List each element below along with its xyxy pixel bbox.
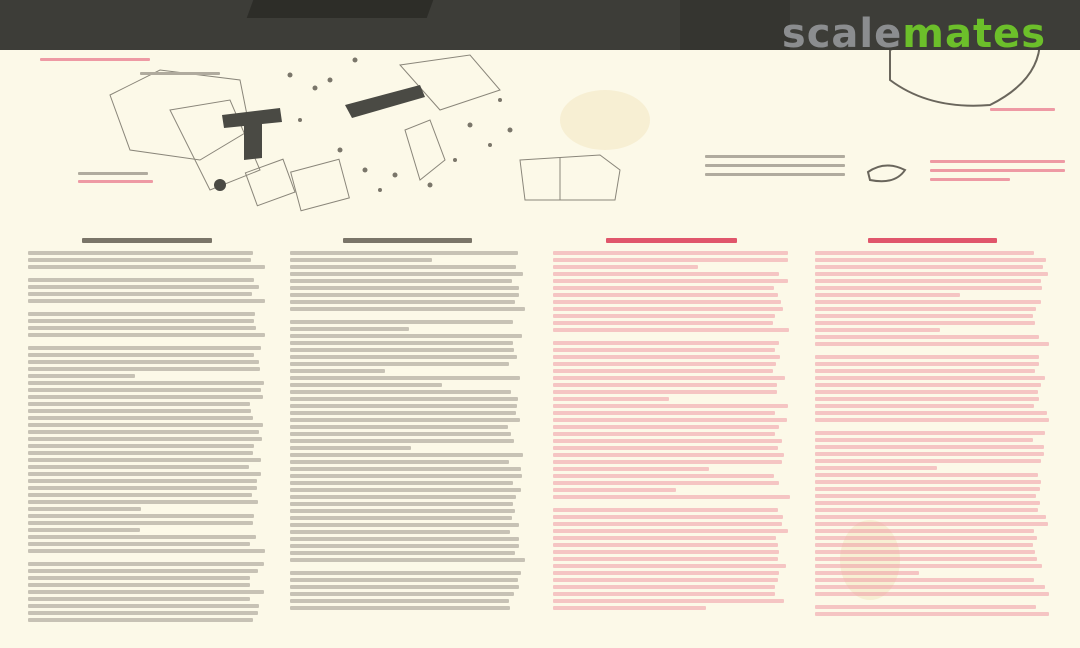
text-line	[815, 418, 1049, 422]
text-line	[28, 402, 250, 406]
text-line	[815, 459, 1041, 463]
text-line	[553, 272, 779, 276]
text-line	[28, 535, 256, 539]
text-line	[553, 355, 780, 359]
text-line	[28, 381, 264, 385]
text-line	[553, 571, 779, 575]
text-line	[553, 529, 788, 533]
text-line	[815, 585, 1045, 589]
text-line	[28, 576, 250, 580]
text-line	[553, 599, 784, 603]
text-line	[28, 514, 254, 518]
text-line	[290, 432, 511, 436]
text-line	[815, 557, 1037, 561]
text-line	[28, 346, 261, 350]
text-line	[553, 536, 776, 540]
text-line	[290, 558, 525, 562]
text-line	[553, 286, 774, 290]
diagram-caption	[140, 72, 220, 75]
text-line	[28, 278, 254, 282]
text-line	[290, 530, 510, 534]
text-line	[553, 481, 779, 485]
text-line	[553, 307, 783, 311]
text-line	[28, 367, 260, 371]
text-line	[553, 251, 788, 255]
text-line	[815, 494, 1036, 498]
text-line	[290, 481, 513, 485]
text-line	[28, 590, 264, 594]
text-line	[553, 279, 788, 283]
text-line	[815, 251, 1034, 255]
text-line	[553, 362, 776, 366]
text-line	[553, 564, 786, 568]
text-line	[290, 571, 521, 575]
text-line	[290, 300, 515, 304]
text-line	[815, 369, 1035, 373]
logo-part-1: scale	[782, 11, 902, 50]
text-line	[290, 369, 385, 373]
text-line	[290, 272, 523, 276]
text-line	[815, 272, 1048, 276]
text-line	[28, 360, 259, 364]
text-line	[815, 362, 1039, 366]
text-line	[553, 265, 698, 269]
text-line	[28, 472, 261, 476]
text-line	[553, 474, 774, 478]
text-line	[553, 432, 775, 436]
text-line	[290, 327, 409, 331]
text-line	[28, 374, 135, 378]
text-line	[290, 495, 516, 499]
text-line	[553, 418, 787, 422]
text-line	[553, 321, 773, 325]
text-line	[28, 319, 254, 323]
text-line	[28, 251, 253, 255]
text-line	[290, 474, 522, 478]
text-line	[290, 502, 513, 506]
text-line	[553, 411, 775, 415]
text-line	[815, 286, 1042, 290]
text-line	[553, 404, 788, 408]
text-line	[28, 451, 253, 455]
diagram-caption	[990, 108, 1055, 111]
text-line	[553, 446, 778, 450]
text-line	[28, 458, 261, 462]
text-line	[815, 612, 1049, 616]
text-line	[28, 583, 250, 587]
text-line	[290, 460, 509, 464]
text-line	[290, 258, 432, 262]
text-line	[28, 312, 255, 316]
text-line	[815, 342, 1049, 346]
diagram-note	[930, 178, 1010, 181]
diagram-note	[705, 164, 845, 167]
text-line	[290, 397, 518, 401]
scalemates-logo: scalemates	[782, 14, 1046, 50]
text-line	[290, 509, 515, 513]
text-line	[815, 445, 1044, 449]
text-line	[28, 562, 264, 566]
text-line	[290, 320, 513, 324]
text-line	[553, 376, 785, 380]
text-line	[815, 605, 1036, 609]
logo-part-2: mates	[902, 11, 1046, 50]
text-line	[815, 279, 1041, 283]
text-line	[553, 293, 778, 297]
text-line	[290, 251, 518, 255]
text-line	[28, 423, 263, 427]
column-heading	[82, 238, 213, 243]
text-line	[28, 611, 258, 615]
diagram-note	[930, 169, 1065, 172]
text-line	[28, 493, 252, 497]
text-line	[290, 453, 523, 457]
text-line	[28, 258, 251, 262]
text-line	[290, 592, 514, 596]
text-line	[290, 334, 522, 338]
text-line	[28, 416, 253, 420]
text-line	[553, 397, 669, 401]
text-line	[815, 383, 1041, 387]
text-line	[28, 528, 140, 532]
text-line	[553, 488, 676, 492]
text-line	[815, 431, 1045, 435]
text-line	[815, 376, 1045, 380]
text-line	[290, 418, 520, 422]
text-line	[28, 333, 265, 337]
text-line	[290, 348, 514, 352]
text-line	[815, 314, 1033, 318]
text-line	[815, 501, 1040, 505]
text-line	[28, 597, 250, 601]
text-line	[553, 585, 775, 589]
text-line	[553, 467, 709, 471]
text-line	[290, 516, 512, 520]
text-line	[553, 439, 782, 443]
text-line	[815, 438, 1033, 442]
diagram-note	[705, 155, 845, 158]
text-line	[815, 564, 1042, 568]
text-line	[815, 265, 1043, 269]
text-line	[553, 495, 790, 499]
text-line	[815, 328, 940, 332]
text-line	[28, 507, 141, 511]
text-line	[815, 480, 1041, 484]
text-line	[290, 537, 519, 541]
banner-scan-bleed	[247, 0, 434, 18]
diagram-note	[930, 160, 1065, 163]
text-line	[290, 585, 519, 589]
text-line	[553, 578, 778, 582]
text-line	[290, 578, 518, 582]
text-line	[28, 604, 259, 608]
text-line	[553, 543, 778, 547]
text-line	[815, 258, 1046, 262]
column-heading	[606, 238, 736, 243]
column-heading	[868, 238, 997, 243]
text-line	[290, 279, 512, 283]
text-line	[290, 404, 517, 408]
instruction-column-3	[553, 232, 790, 613]
text-line	[553, 314, 775, 318]
text-line	[290, 488, 521, 492]
text-line	[290, 355, 517, 359]
text-line	[290, 341, 513, 345]
text-line	[553, 328, 789, 332]
text-line	[290, 425, 508, 429]
diagram-caption	[78, 172, 148, 175]
text-line	[28, 618, 253, 622]
text-line	[815, 452, 1044, 456]
text-line	[553, 515, 783, 519]
text-line	[290, 599, 509, 603]
text-line	[815, 550, 1035, 554]
text-line	[815, 355, 1039, 359]
text-line	[815, 466, 937, 470]
text-line	[815, 390, 1038, 394]
text-line	[290, 551, 515, 555]
text-line	[290, 293, 519, 297]
text-line	[290, 439, 514, 443]
text-line	[28, 353, 254, 357]
text-line	[28, 326, 256, 330]
text-line	[815, 300, 1041, 304]
text-line	[553, 425, 779, 429]
text-line	[553, 390, 777, 394]
text-line	[28, 430, 259, 434]
text-line	[553, 300, 781, 304]
text-line	[290, 286, 519, 290]
instruction-column-4	[815, 232, 1050, 625]
column-heading	[343, 238, 472, 243]
text-line	[553, 258, 788, 262]
text-line	[553, 369, 773, 373]
text-line	[290, 467, 521, 471]
text-line	[553, 592, 775, 596]
text-line	[28, 437, 262, 441]
text-line	[290, 307, 525, 311]
text-line	[815, 411, 1047, 415]
diagram-note	[705, 173, 845, 176]
text-line	[290, 362, 509, 366]
text-line	[28, 388, 261, 392]
instruction-column-1	[28, 232, 266, 625]
text-line	[290, 411, 516, 415]
text-line	[815, 529, 1034, 533]
text-line	[815, 404, 1034, 408]
text-line	[290, 523, 519, 527]
text-line	[553, 460, 782, 464]
text-line	[28, 465, 249, 469]
text-line	[290, 265, 516, 269]
text-line	[28, 479, 257, 483]
text-line	[815, 397, 1039, 401]
text-line	[815, 592, 1049, 596]
text-line	[28, 409, 251, 413]
text-line	[815, 293, 960, 297]
text-line	[290, 383, 442, 387]
text-line	[28, 542, 250, 546]
text-line	[290, 446, 411, 450]
text-line	[28, 521, 253, 525]
scanned-document	[0, 0, 1080, 648]
text-line	[553, 508, 778, 512]
exploded-assembly-diagram	[0, 40, 1080, 220]
diagram-caption	[78, 180, 153, 183]
text-line	[815, 522, 1048, 526]
text-line	[28, 569, 258, 573]
text-line	[815, 536, 1037, 540]
text-line	[815, 335, 1039, 339]
text-line	[553, 522, 782, 526]
text-line	[553, 341, 779, 345]
instruction-column-2	[290, 232, 525, 613]
text-line	[815, 473, 1038, 477]
text-line	[815, 578, 1034, 582]
text-line	[553, 348, 775, 352]
text-line	[815, 487, 1040, 491]
text-line	[28, 549, 265, 553]
text-line	[553, 606, 706, 610]
text-line	[815, 508, 1038, 512]
text-line	[815, 321, 1035, 325]
text-line	[28, 265, 265, 269]
text-line	[553, 453, 784, 457]
text-line	[28, 500, 258, 504]
watermark-banner: scalemates	[0, 0, 1080, 50]
text-line	[28, 486, 257, 490]
text-line	[553, 383, 777, 387]
text-line	[290, 606, 510, 610]
text-line	[290, 376, 520, 380]
text-line	[28, 292, 252, 296]
text-line	[553, 550, 779, 554]
text-line	[815, 571, 919, 575]
text-line	[815, 515, 1046, 519]
text-line	[28, 299, 265, 303]
text-line	[815, 307, 1036, 311]
text-line	[815, 543, 1033, 547]
text-line	[28, 444, 254, 448]
text-line	[290, 544, 519, 548]
text-line	[290, 390, 511, 394]
banner-scan-bleed	[680, 0, 790, 50]
text-line	[553, 557, 778, 561]
text-line	[28, 395, 263, 399]
diagram-caption	[40, 58, 150, 61]
text-line	[28, 285, 259, 289]
